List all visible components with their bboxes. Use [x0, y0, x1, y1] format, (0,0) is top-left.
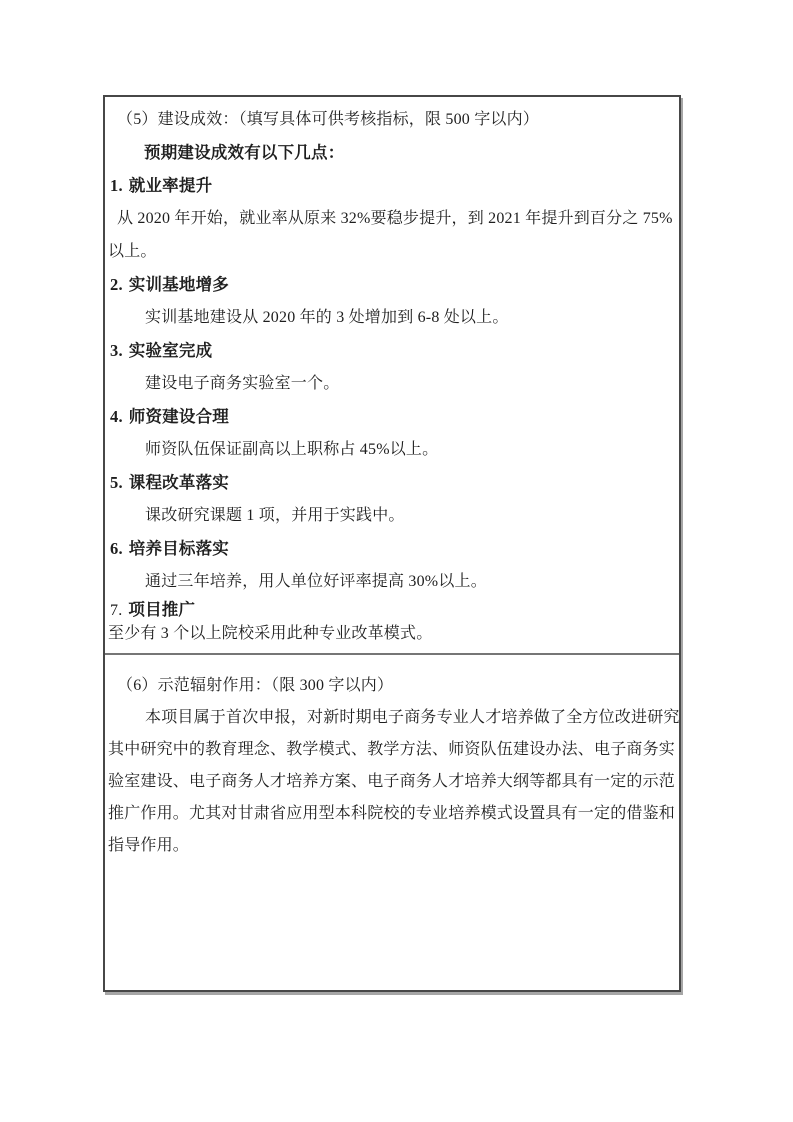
item-title: 就业率提升 — [129, 176, 213, 195]
item-title: 培养目标落实 — [129, 539, 229, 558]
item-title: 课程改革落实 — [129, 473, 229, 492]
item-number: 3. — [110, 341, 123, 360]
document-page: （5）建设成效：（填写具体可供考核指标，限 500 字以内）预期建设成效有以下几… — [0, 0, 793, 1122]
text-line: 至少有 3 个以上院校采用此种专业改革模式。 — [108, 622, 677, 646]
item-number: 7. — [110, 602, 122, 619]
text-line: 师资队伍保证副高以上职称占 45%以上。 — [108, 433, 677, 466]
text-line: 推广作用。尤其对甘肃省应用型本科院校的专业培养模式设置具有一定的借鉴和 — [108, 798, 677, 830]
text-line: 建设电子商务实验室一个。 — [108, 367, 677, 400]
item-title: 实验室完成 — [129, 341, 213, 360]
item-title: 实训基地增多 — [129, 275, 229, 294]
text-line: 6.培养目标落实 — [108, 532, 677, 565]
text-line: 以上。 — [108, 235, 677, 268]
text-line: 3.实验室完成 — [108, 334, 677, 367]
item-number: 1. — [110, 176, 123, 195]
item-number: 4. — [110, 407, 123, 426]
text-line: 验室建设、电子商务人才培养方案、电子商务人才培养大纲等都具有一定的示范 — [108, 766, 677, 798]
text-line: 5.课程改革落实 — [108, 466, 677, 499]
text-line: 课改研究课题 1 项，并用于实践中。 — [108, 499, 677, 532]
form-table: （5）建设成效：（填写具体可供考核指标，限 500 字以内）预期建设成效有以下几… — [103, 95, 681, 992]
text-line: 7.项目推广 — [108, 598, 677, 622]
text-line: 本项目属于首次申报，对新时期电子商务专业人才培养做了全方位改进研究。 — [108, 702, 677, 734]
item-number: 2. — [110, 275, 123, 294]
text-line: 从 2020 年开始，就业率从原来 32%要稳步提升，到 2021 年提升到百分… — [108, 202, 677, 235]
text-line: 实训基地建设从 2020 年的 3 处增加到 6-8 处以上。 — [108, 301, 677, 334]
text-line: 指导作用。 — [108, 830, 677, 862]
item-title: 师资建设合理 — [129, 407, 229, 426]
text-line: 4.师资建设合理 — [108, 400, 677, 433]
text-line: 1.就业率提升 — [108, 169, 677, 202]
text-line: （5）建设成效：（填写具体可供考核指标，限 500 字以内） — [108, 103, 677, 136]
text-line: （6）示范辐射作用：（限 300 字以内） — [108, 670, 677, 702]
text-line: 其中研究中的教育理念、教学模式、教学方法、师资队伍建设办法、电子商务实 — [108, 734, 677, 766]
text-line: 预期建设成效有以下几点： — [108, 136, 677, 169]
cell-construction-achievements: （5）建设成效：（填写具体可供考核指标，限 500 字以内）预期建设成效有以下几… — [105, 97, 679, 655]
item-number: 6. — [110, 539, 123, 558]
text-line: 2.实训基地增多 — [108, 268, 677, 301]
cell-demonstration-radiation-effect: （6）示范辐射作用：（限 300 字以内）本项目属于首次申报，对新时期电子商务专… — [105, 655, 679, 990]
item-title: 项目推广 — [128, 600, 195, 619]
text-line: 通过三年培养，用人单位好评率提高 30%以上。 — [108, 565, 677, 598]
item-number: 5. — [110, 473, 123, 492]
